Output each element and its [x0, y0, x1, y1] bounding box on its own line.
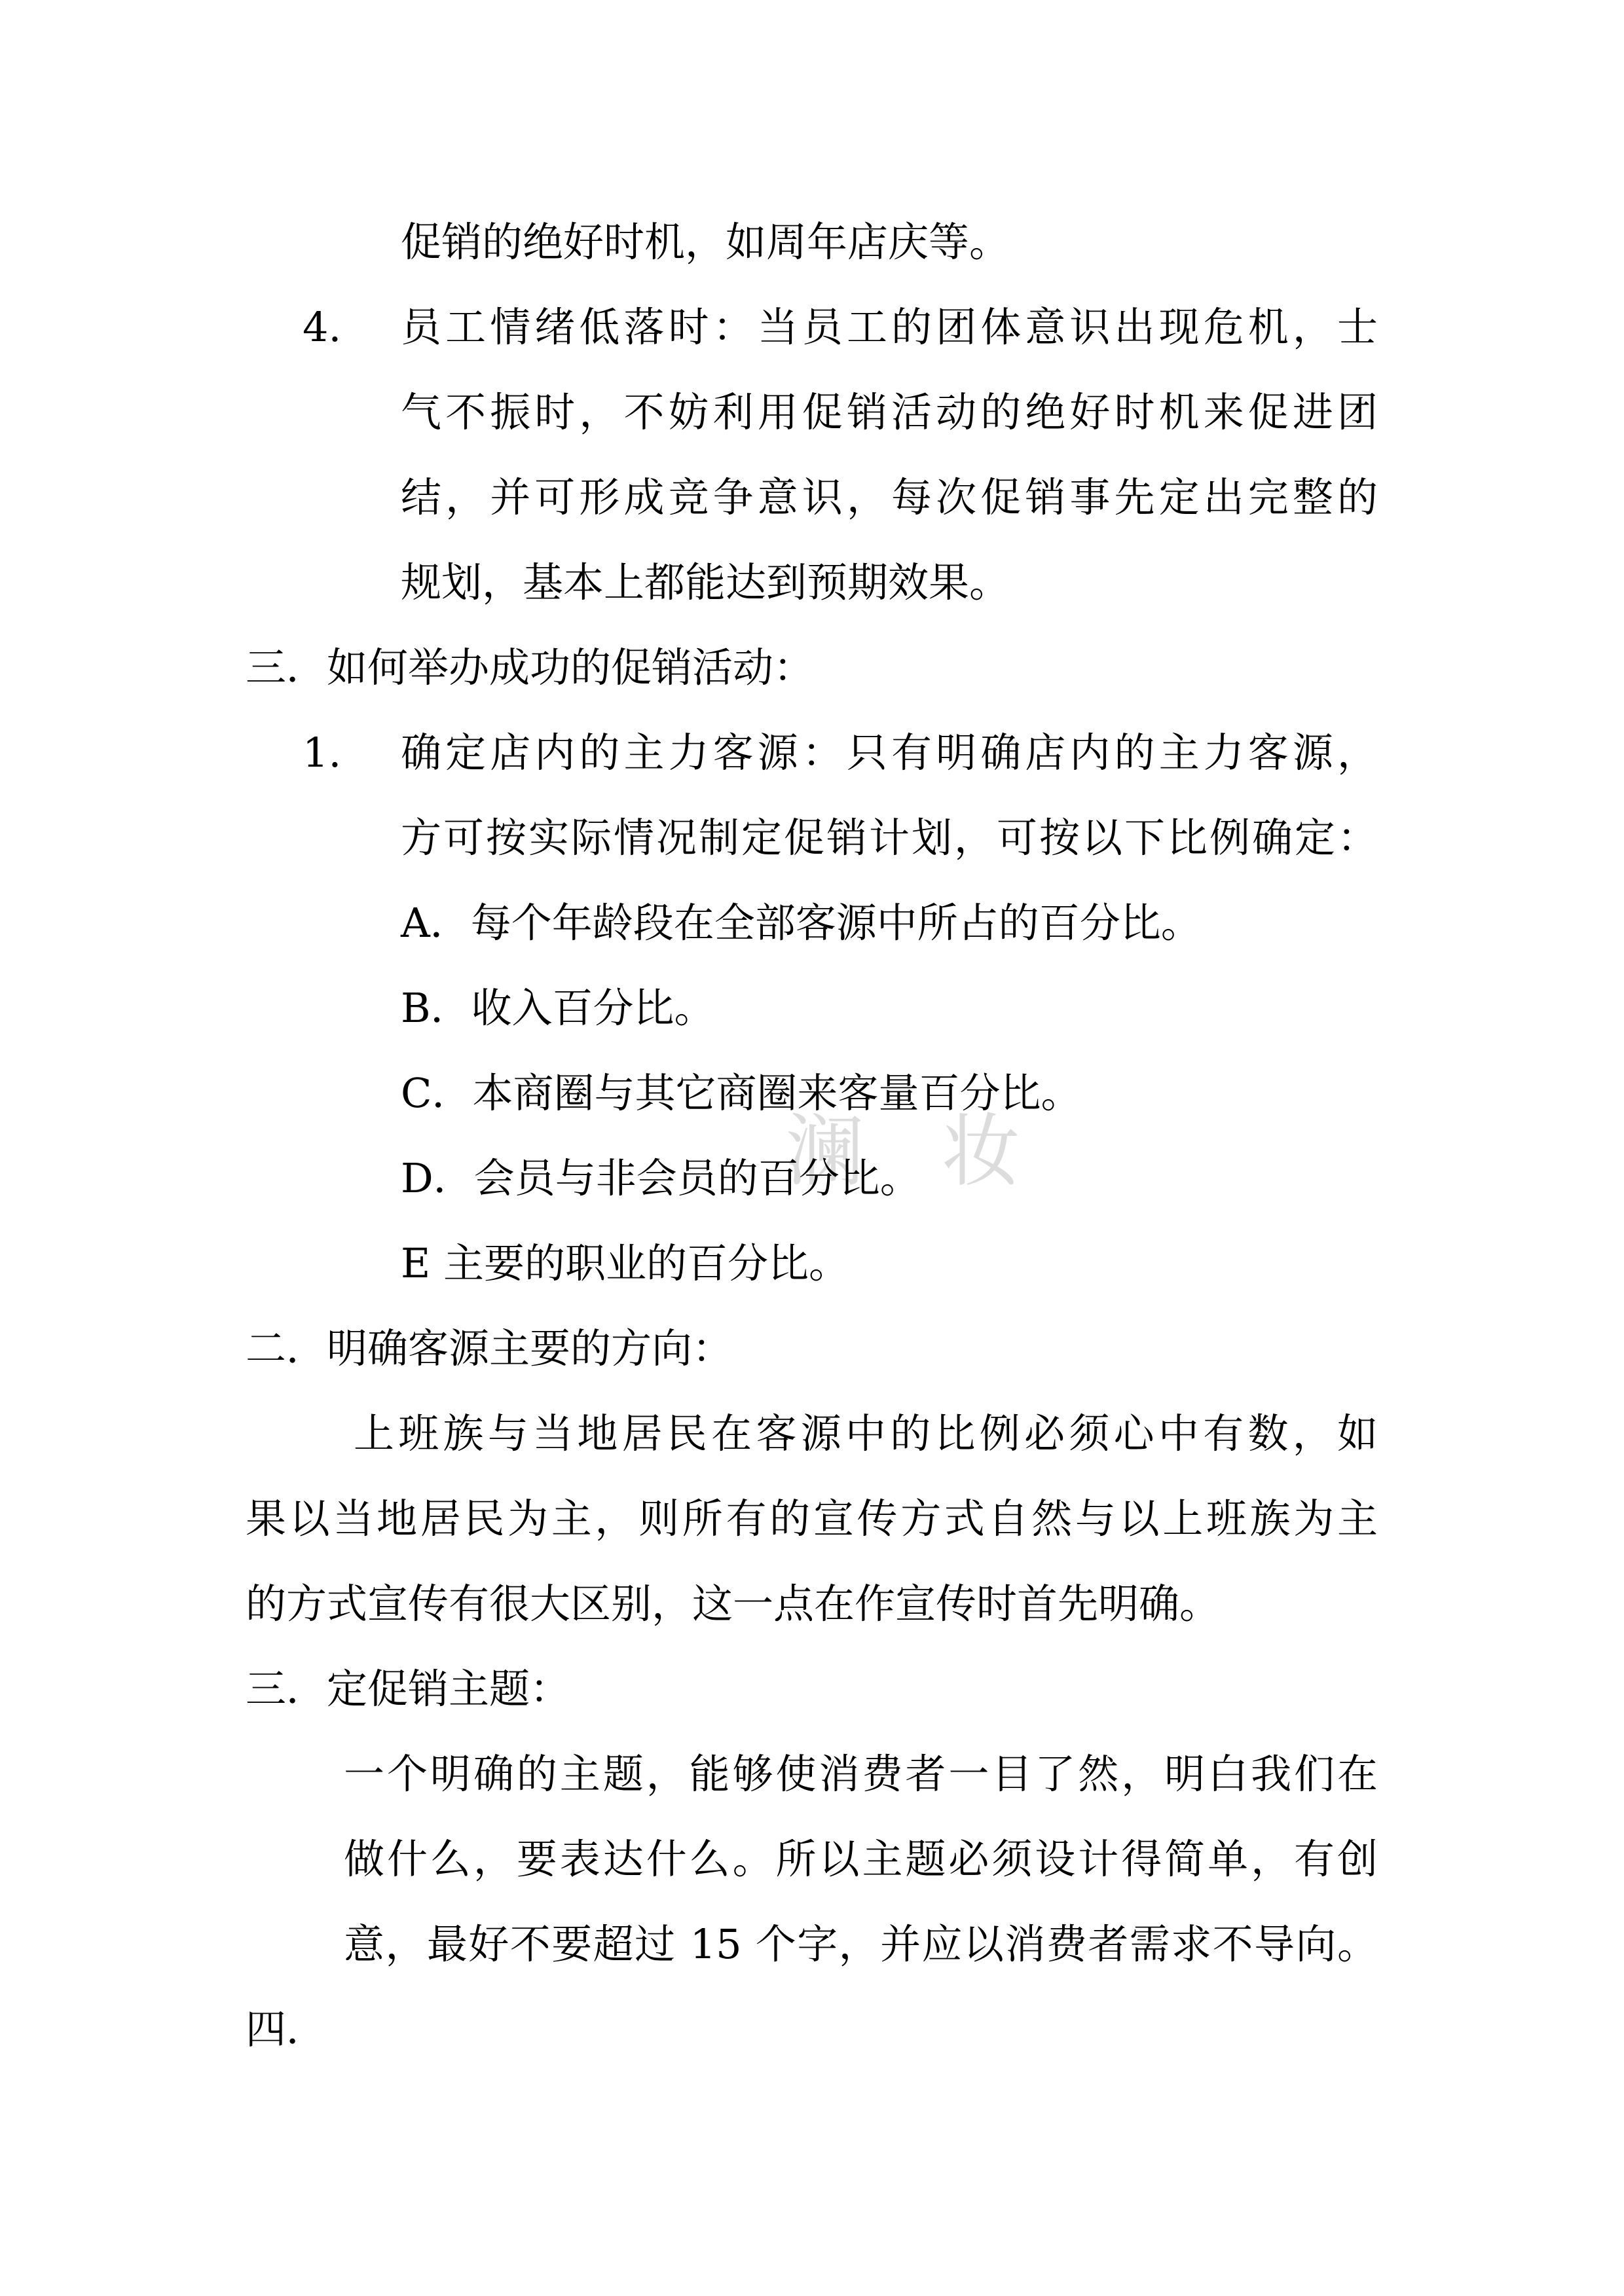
list-marker: 4. — [303, 301, 341, 354]
sub-item-d: D．会员与非会员的百分比。 — [401, 1152, 921, 1205]
paragraph-line: 一个明确的主题，能够使消费者一目了然，明白我们在 — [344, 1748, 1378, 1800]
list-marker: 1. — [303, 727, 341, 779]
paragraph-line: 果以当地居民为主，则所有的宣传方式自然与以上班族为主 — [246, 1493, 1378, 1545]
text-line: 气不振时，不妨利用促销活动的绝好时机来促进团 — [401, 386, 1378, 439]
section-heading: 二．明确客源主要的方向： — [246, 1322, 733, 1375]
text-line: 方可按实际情况制定促销计划，可按以下比例确定： — [401, 812, 1378, 864]
section-heading: 三．定促销主题： — [246, 1663, 570, 1715]
list-item-text: 员工情绪低落时：当员工的团体意识出现危机，士 — [401, 301, 1378, 354]
section-heading: 三．如何举办成功的促销活动： — [246, 642, 814, 694]
paragraph-line: 的方式宣传有很大区别，这一点在作宣传时首先明确。 — [246, 1578, 1220, 1630]
paragraph-line: 意，最好不要超过 15 个字，并应以消费者需求不导向。 — [344, 1918, 1378, 1971]
text-line: 规划，基本上都能达到预期效果。 — [401, 556, 1010, 609]
sub-item-b: B．收入百分比。 — [401, 982, 715, 1034]
section-heading: 四． — [246, 2003, 327, 2056]
paragraph-line: 做什么，要表达什么。所以主题必须设计得简单，有创 — [344, 1833, 1378, 1886]
paragraph-line: 上班族与当地居民在客源中的比例必须心中有数，如 — [354, 1408, 1378, 1460]
sub-item-e: E 主要的职业的百分比。 — [401, 1237, 849, 1290]
sub-item-a: A．每个年龄段在全部客源中所占的百分比。 — [401, 897, 1202, 949]
text-line: 结，并可形成竞争意识，每次促销事先定出完整的 — [401, 471, 1378, 524]
sub-item-c: C．本商圈与其它商圈来客量百分比。 — [401, 1067, 1081, 1120]
text-line: 促销的绝好时机，如周年店庆等。 — [401, 216, 1010, 268]
document-page: 澜 妆 促销的绝好时机，如周年店庆等。 4. 员工情绪低落时：当员工的团体意识出… — [0, 0, 1624, 2296]
list-item-text: 确定店内的主力客源：只有明确店内的主力客源， — [401, 727, 1378, 779]
